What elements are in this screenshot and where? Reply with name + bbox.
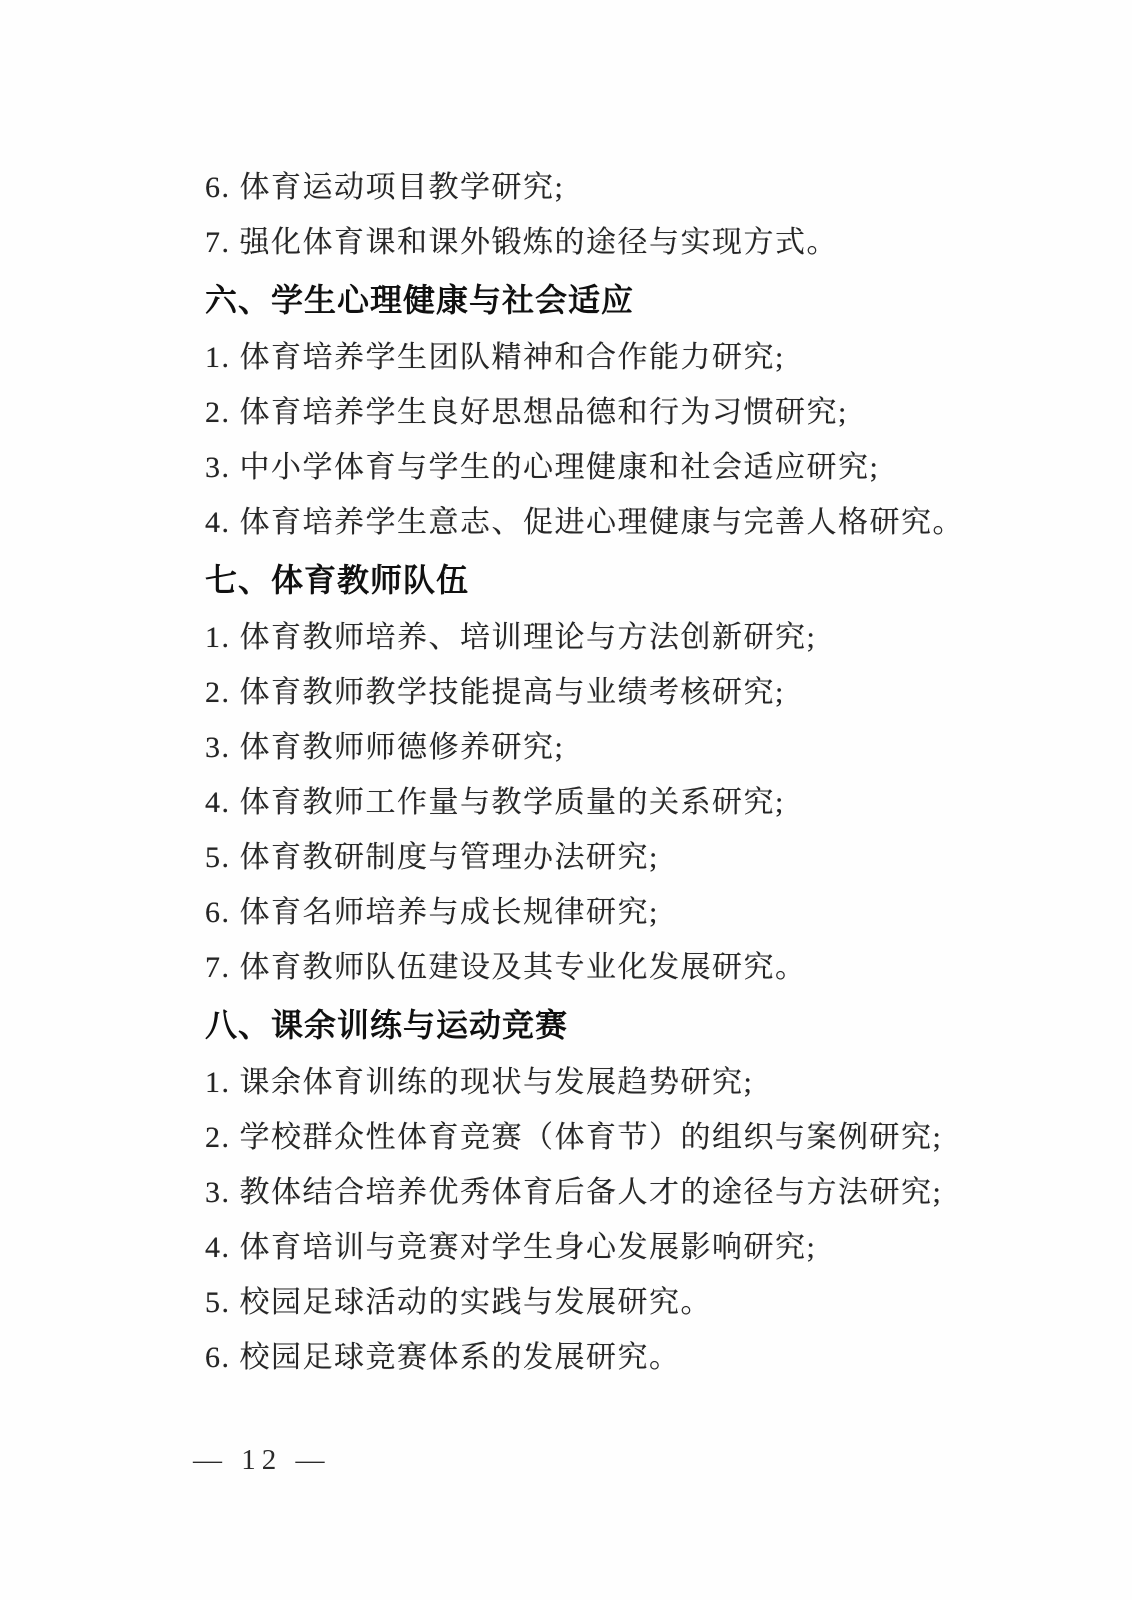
list-item: 7. 强化体育课和课外锻炼的途径与实现方式。 xyxy=(205,227,925,259)
scanned-document-page: 6. 体育运动项目教学研究; 7. 强化体育课和课外锻炼的途径与实现方式。 六、… xyxy=(0,0,1132,1600)
list-item: 1. 体育培养学生团队精神和合作能力研究; xyxy=(205,342,925,374)
list-item: 1. 体育教师培养、培训理论与方法创新研究; xyxy=(205,622,925,654)
list-item: 2. 体育教师教学技能提高与业绩考核研究; xyxy=(205,677,925,709)
list-item: 4. 体育培养学生意志、促进心理健康与完善人格研究。 xyxy=(205,507,925,539)
list-item: 6. 校园足球竞赛体系的发展研究。 xyxy=(205,1342,925,1374)
list-item: 5. 校园足球活动的实践与发展研究。 xyxy=(205,1287,925,1319)
section-heading-6: 六、学生心理健康与社会适应 xyxy=(205,282,925,318)
list-item: 4. 体育培训与竞赛对学生身心发展影响研究; xyxy=(205,1232,925,1264)
list-item: 2. 学校群众性体育竞赛（体育节）的组织与案例研究; xyxy=(205,1122,925,1154)
list-item: 3. 教体结合培养优秀体育后备人才的途径与方法研究; xyxy=(205,1177,925,1209)
list-item: 7. 体育教师队伍建设及其专业化发展研究。 xyxy=(205,952,925,984)
list-item: 3. 体育教师师德修养研究; xyxy=(205,732,925,764)
list-item: 4. 体育教师工作量与教学质量的关系研究; xyxy=(205,787,925,819)
list-item: 1. 课余体育训练的现状与发展趋势研究; xyxy=(205,1067,925,1099)
list-item: 2. 体育培养学生良好思想品德和行为习惯研究; xyxy=(205,397,925,429)
list-item: 6. 体育名师培养与成长规律研究; xyxy=(205,897,925,929)
section-heading-8: 八、课余训练与运动竞赛 xyxy=(205,1007,925,1043)
list-item: 6. 体育运动项目教学研究; xyxy=(205,172,925,204)
document-body: 6. 体育运动项目教学研究; 7. 强化体育课和课外锻炼的途径与实现方式。 六、… xyxy=(205,172,925,1397)
section-heading-7: 七、体育教师队伍 xyxy=(205,562,925,598)
list-item: 3. 中小学体育与学生的心理健康和社会适应研究; xyxy=(205,452,925,484)
page-number: — 12 — xyxy=(193,1444,331,1477)
list-item: 5. 体育教研制度与管理办法研究; xyxy=(205,842,925,874)
